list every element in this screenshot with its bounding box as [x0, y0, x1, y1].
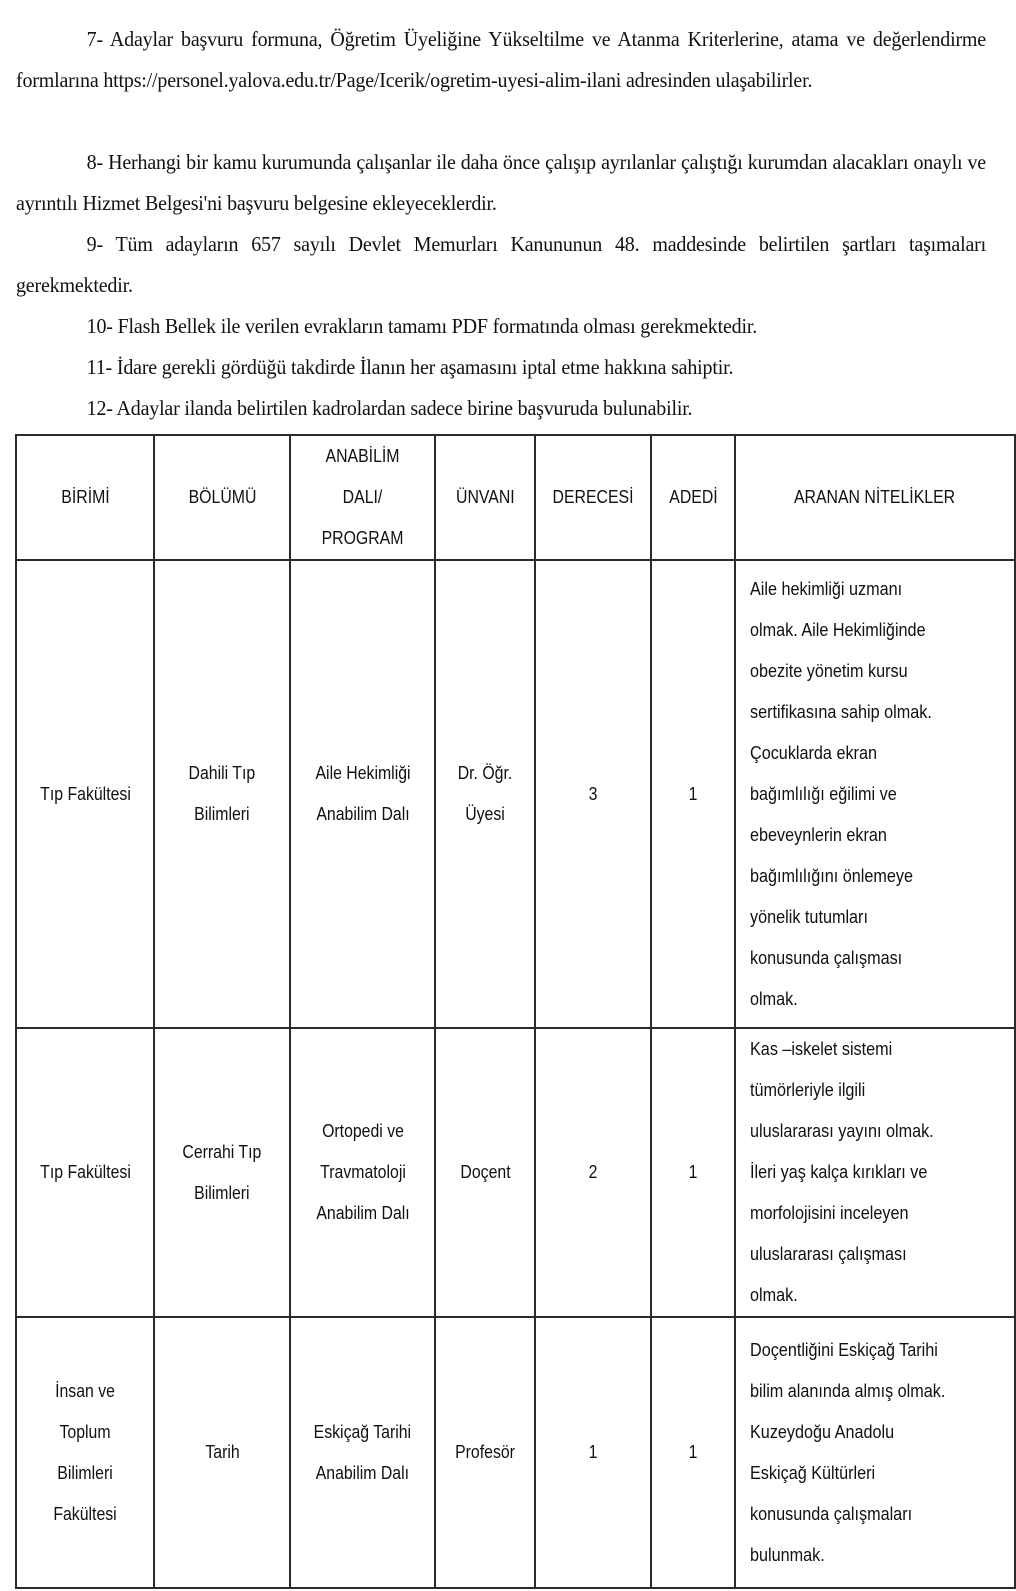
header-anabilim-dali: ANABİLİM DALI/ PROGRAM: [290, 435, 434, 560]
header-unvani: ÜNVANI: [435, 435, 536, 560]
cell-bolumu: Cerrahi Tıp Bilimleri: [154, 1028, 290, 1317]
cell-aranan-nitelikler: Doçentliğini Eskiçağ Tarihi bilim alanın…: [735, 1317, 1015, 1588]
paragraph-text: Adaylar başvuru formuna, Öğretim Üyeliği…: [16, 27, 986, 92]
paragraph-text: İdare gerekli gördüğü takdirde İlanın he…: [117, 355, 733, 379]
paragraph-text: Tüm adayların 657 sayılı Devlet Memurlar…: [16, 232, 986, 297]
cell-bolumu: Dahili Tıp Bilimleri: [154, 560, 290, 1028]
paragraph-number: 8-: [87, 150, 103, 174]
cell-adedi: 1: [651, 560, 735, 1028]
cell-adedi: 1: [651, 1028, 735, 1317]
header-adedi: ADEDİ: [651, 435, 735, 560]
table-row: Tıp Fakültesi Cerrahi Tıp Bilimleri Orto…: [16, 1028, 1015, 1317]
paragraph-10: 10- Flash Bellek ile verilen evrakların …: [16, 306, 986, 347]
cell-aranan-nitelikler: Kas –iskelet sistemi tümörleriyle ilgili…: [735, 1028, 1015, 1317]
paragraph-text: Flash Bellek ile verilen evrakların tama…: [118, 314, 757, 338]
cell-birimi: Tıp Fakültesi: [16, 1028, 154, 1317]
cell-unvani: Doçent: [435, 1028, 536, 1317]
cell-anabilim-dali: Ortopedi ve Travmatoloji Anabilim Dalı: [290, 1028, 434, 1317]
paragraph-number: 9-: [87, 232, 103, 256]
cell-derecesi: 3: [535, 560, 651, 1028]
cell-derecesi: 2: [535, 1028, 651, 1317]
paragraph-text: Herhangi bir kamu kurumunda çalışanlar i…: [16, 150, 986, 215]
cell-derecesi: 1: [535, 1317, 651, 1588]
cell-anabilim-dali: Aile Hekimliği Anabilim Dalı: [290, 560, 434, 1028]
paragraph-text: Adaylar ilanda belirtilen kadrolardan sa…: [116, 396, 692, 420]
header-aranan-nitelikler: ARANAN NİTELİKLER: [735, 435, 1015, 560]
header-birimi: BİRİMİ: [16, 435, 154, 560]
paragraph-number: 10-: [87, 314, 113, 338]
cell-bolumu: Tarih: [154, 1317, 290, 1588]
table-row: Tıp Fakültesi Dahili Tıp Bilimleri Aile …: [16, 560, 1015, 1028]
paragraph-number: 11-: [87, 355, 112, 379]
cell-unvani: Dr. Öğr. Üyesi: [435, 560, 536, 1028]
table-row: İnsan ve Toplum Bilimleri Fakültesi Tari…: [16, 1317, 1015, 1588]
cell-anabilim-dali: Eskiçağ Tarihi Anabilim Dalı: [290, 1317, 434, 1588]
cell-birimi: İnsan ve Toplum Bilimleri Fakültesi: [16, 1317, 154, 1588]
paragraph-11: 11- İdare gerekli gördüğü takdirde İlanı…: [16, 347, 986, 388]
cell-adedi: 1: [651, 1317, 735, 1588]
header-derecesi: DERECESİ: [535, 435, 651, 560]
paragraph-7: 7- Adaylar başvuru formuna, Öğretim Üyel…: [16, 19, 986, 101]
positions-table: BİRİMİ BÖLÜMÜ ANABİLİM DALI/ PROGRAM ÜNV…: [15, 434, 1016, 1589]
cell-unvani: Profesör: [435, 1317, 536, 1588]
cell-aranan-nitelikler: Aile hekimliği uzmanı olmak. Aile Hekiml…: [735, 560, 1015, 1028]
paragraph-number: 7-: [87, 27, 103, 51]
header-bolumu: BÖLÜMÜ: [154, 435, 290, 560]
paragraph-12: 12- Adaylar ilanda belirtilen kadrolarda…: [16, 388, 986, 429]
paragraph-9: 9- Tüm adayların 657 sayılı Devlet Memur…: [16, 224, 986, 306]
paragraph-number: 12-: [87, 396, 113, 420]
table-header-row: BİRİMİ BÖLÜMÜ ANABİLİM DALI/ PROGRAM ÜNV…: [16, 435, 1015, 560]
paragraph-8: 8- Herhangi bir kamu kurumunda çalışanla…: [16, 142, 986, 224]
cell-birimi: Tıp Fakültesi: [16, 560, 154, 1028]
